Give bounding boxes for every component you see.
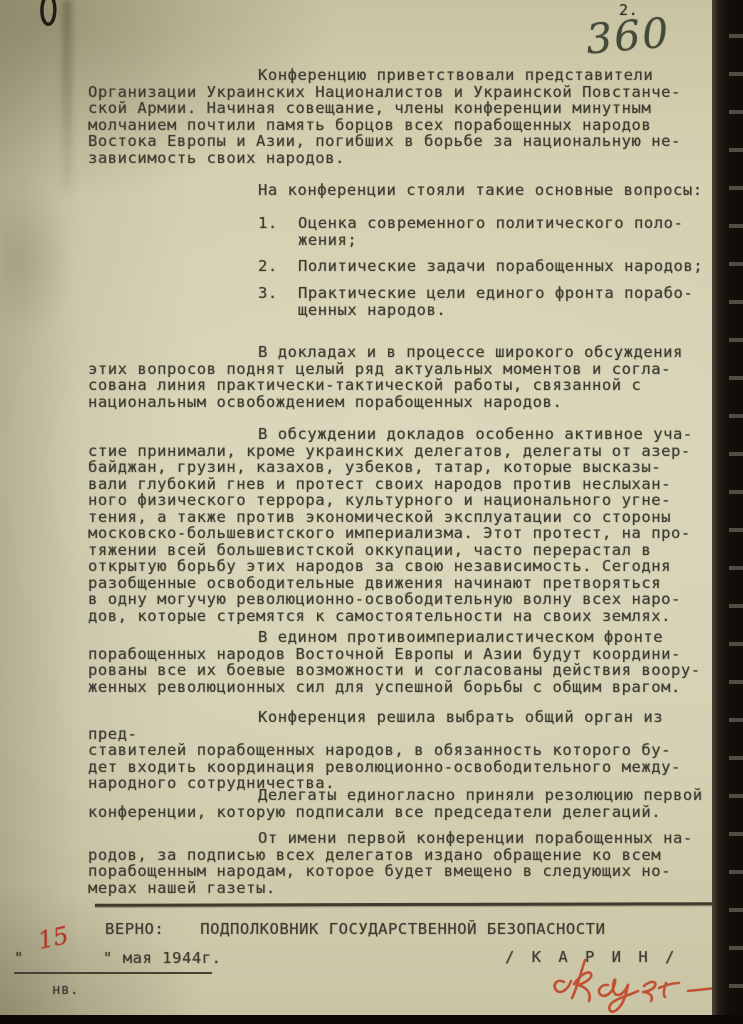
paragraph-opening: Конференцию приветствовали представители… (88, 67, 713, 166)
question-text: Оценка современного политического поло- … (298, 215, 683, 248)
pen-mark-icon (32, 0, 66, 30)
film-edge-strip (712, 0, 743, 1024)
paper-stain (0, 180, 70, 340)
typed-divider-line (95, 902, 712, 907)
date-line: " " мая 1944г. (14, 950, 212, 974)
paragraph-organ: Конференция решила выбрать общий орган и… (88, 709, 713, 792)
paragraph-appeal: От имени первой конференции порабощенных… (88, 830, 713, 896)
question-number: 3. (258, 285, 298, 318)
certification-line: ВЕРНО:ПОДПОЛКОВНИК ГОСУДАРСТВЕННОЙ БЕЗОП… (105, 921, 605, 938)
question-text: Практические цели единого фронта порабо-… (298, 285, 693, 318)
typist-initials: нв. (52, 982, 79, 999)
question-number: 2. (258, 258, 298, 275)
handwritten-archive-number: 360 (584, 8, 672, 63)
certifier-title: ПОДПОЛКОВНИК ГОСУДАРСТВЕННОЙ БЕЗОПАСНОСТ… (200, 920, 605, 938)
paragraph-front: В едином противоимпериалистическом фронт… (88, 629, 713, 695)
film-sprocket-marks (729, 0, 743, 1024)
questions-intro: На конференции стояли такие основные воп… (258, 182, 703, 199)
paragraph-resolution: Делегаты единогласно приняли резолюцию п… (88, 787, 713, 820)
paragraph-reports: В докладах и в процессе широкого обсужде… (88, 344, 713, 410)
question-item-2: 2. Политические задачи порабощенных наро… (258, 258, 713, 275)
question-text: Политические задачи порабощенных народов… (298, 258, 703, 275)
question-item-3: 3. Практические цели единого фронта пора… (258, 285, 713, 318)
question-number: 1. (258, 215, 298, 248)
scanned-document-page: 2. 360 Конференцию приветствовали предст… (0, 0, 743, 1024)
question-item-1: 1. Оценка современного политического пол… (258, 215, 713, 248)
paragraph-participation: В обсуждении докладов особенно активное … (88, 426, 713, 624)
film-bottom-edge (0, 1015, 743, 1024)
certified-label: ВЕРНО: (105, 920, 164, 938)
